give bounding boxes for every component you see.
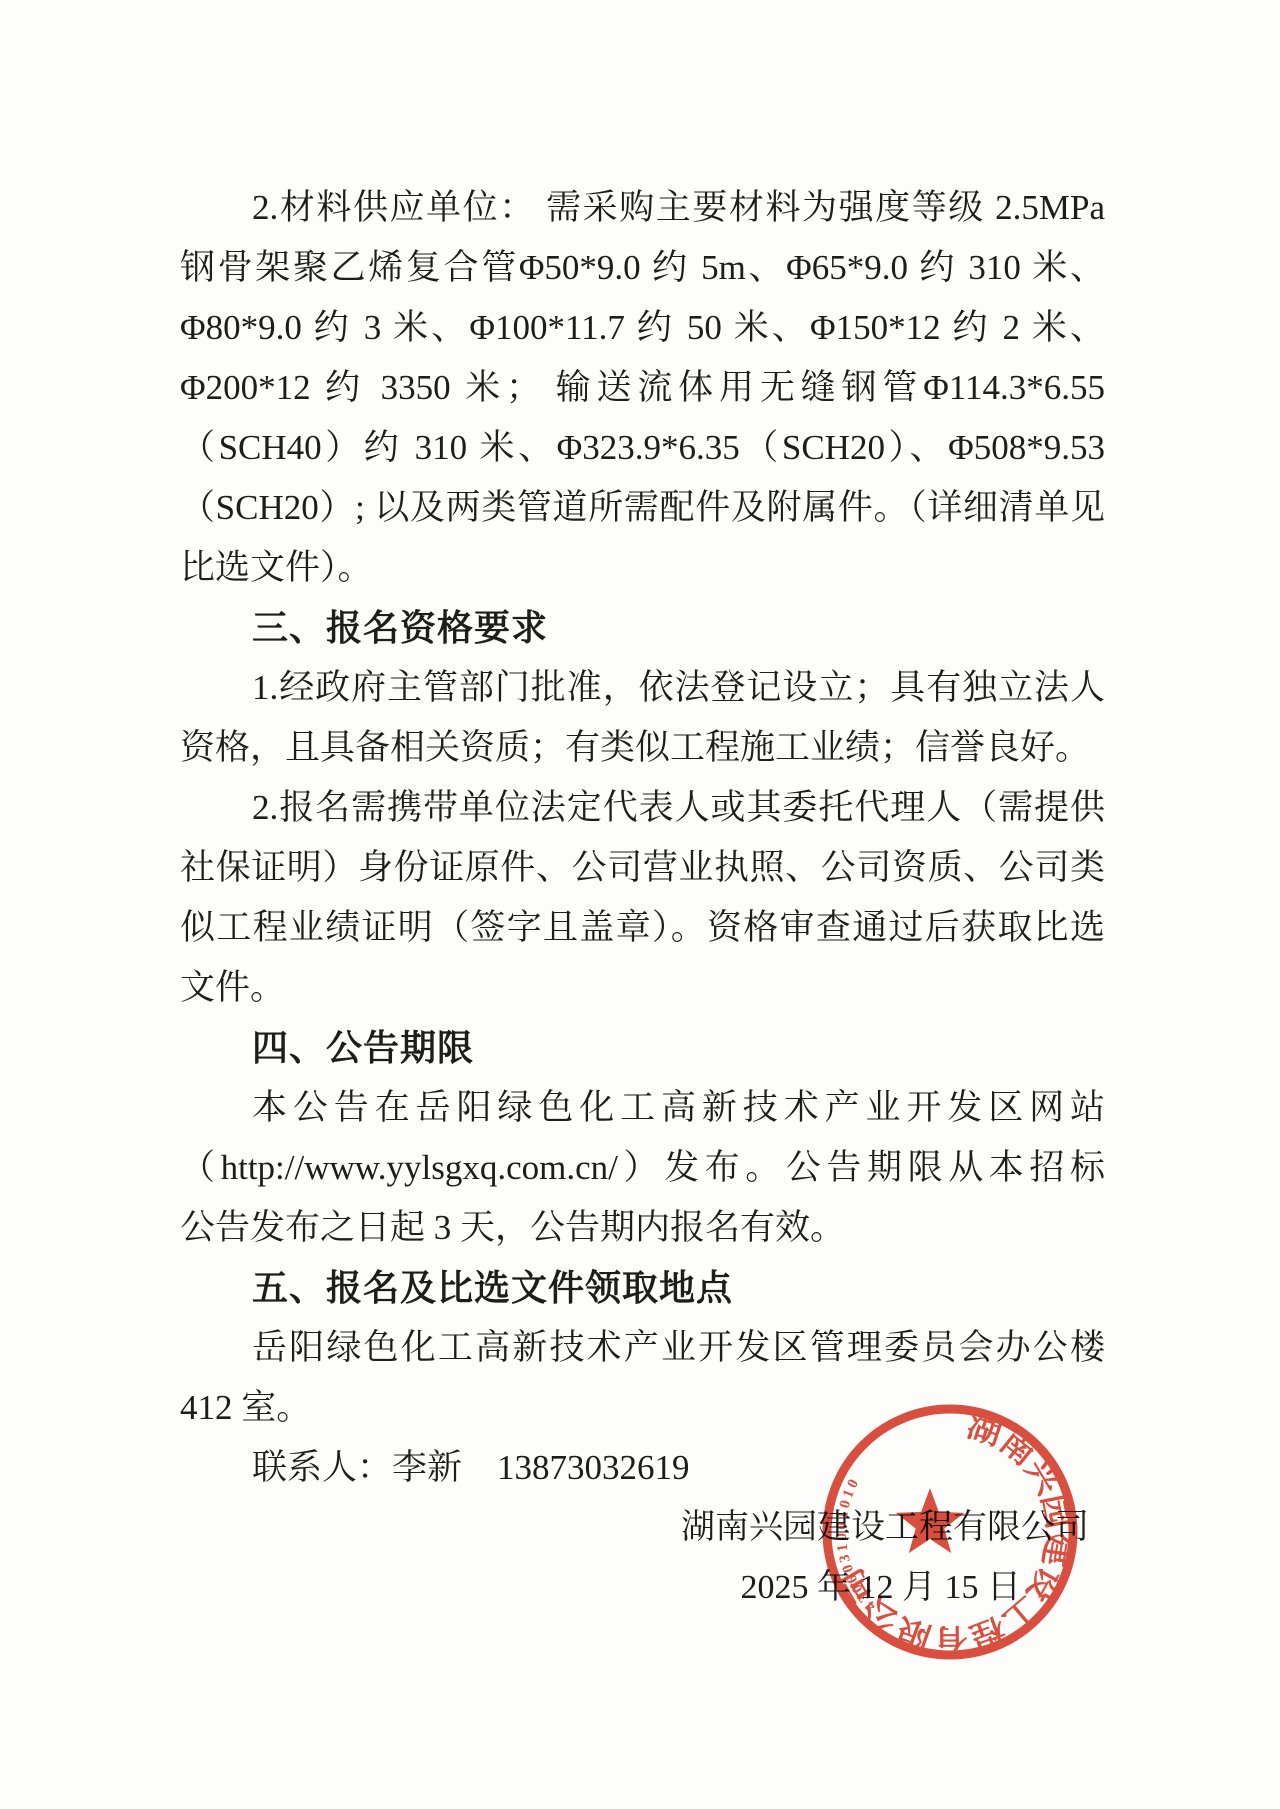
text-line: 公告发布之日起 3 天，公告期内报名有效。 <box>180 1198 1105 1258</box>
section-heading: 五、报名及比选文件领取地点 <box>180 1258 1105 1318</box>
section-heading: 三、报名资格要求 <box>180 598 1105 658</box>
text-line: （http://www.yylsgxq.com.cn/）发布。公告期限从本招标 <box>180 1138 1105 1198</box>
text-line: 1.经政府主管部门批准，依法登记设立；具有独立法人 <box>180 658 1105 718</box>
text-line: Φ200*12 约 3350 米； 输送流体用无缝钢管Φ114.3*6.55 <box>180 358 1105 418</box>
document-page: 2.材料供应单位： 需采购主要材料为强度等级 2.5MPa钢骨架聚乙烯复合管Φ5… <box>0 0 1280 1809</box>
text-line: 似工程业绩证明（签字且盖章）。资格审查通过后获取比选 <box>180 898 1105 958</box>
text-line: Φ80*9.0 约 3 米、Φ100*11.7 约 50 米、Φ150*12 约… <box>180 298 1105 358</box>
text-line: （SCH40）约 310 米、Φ323.9*6.35（SCH20）、Φ508*9… <box>180 418 1105 478</box>
text-line: 岳阳绿色化工高新技术产业开发区管理委员会办公楼 <box>180 1318 1105 1378</box>
text-line: （SCH20）; 以及两类管道所需配件及附属件。（详细清单见 <box>180 478 1105 538</box>
company-seal: 湖南兴园建设工程有限公司 4306031001010 <box>818 1400 1082 1664</box>
text-line: 2.报名需携带单位法定代表人或其委托代理人（需提供 <box>180 778 1105 838</box>
section-heading: 四、公告期限 <box>180 1018 1105 1078</box>
seal-star-icon <box>896 1488 964 1553</box>
text-line: 文件。 <box>180 958 1105 1018</box>
text-line: 本公告在岳阳绿色化工高新技术产业开发区网站 <box>180 1078 1105 1138</box>
text-line: 比选文件）。 <box>180 538 1105 598</box>
text-line: 资格，且具备相关资质；有类似工程施工业绩；信誉良好。 <box>180 718 1105 778</box>
text-line: 2.材料供应单位： 需采购主要材料为强度等级 2.5MPa <box>180 178 1105 238</box>
text-line: 钢骨架聚乙烯复合管Φ50*9.0 约 5m、Φ65*9.0 约 310 米、 <box>180 238 1105 298</box>
text-line: 社保证明）身份证原件、公司营业执照、公司资质、公司类 <box>180 838 1105 898</box>
